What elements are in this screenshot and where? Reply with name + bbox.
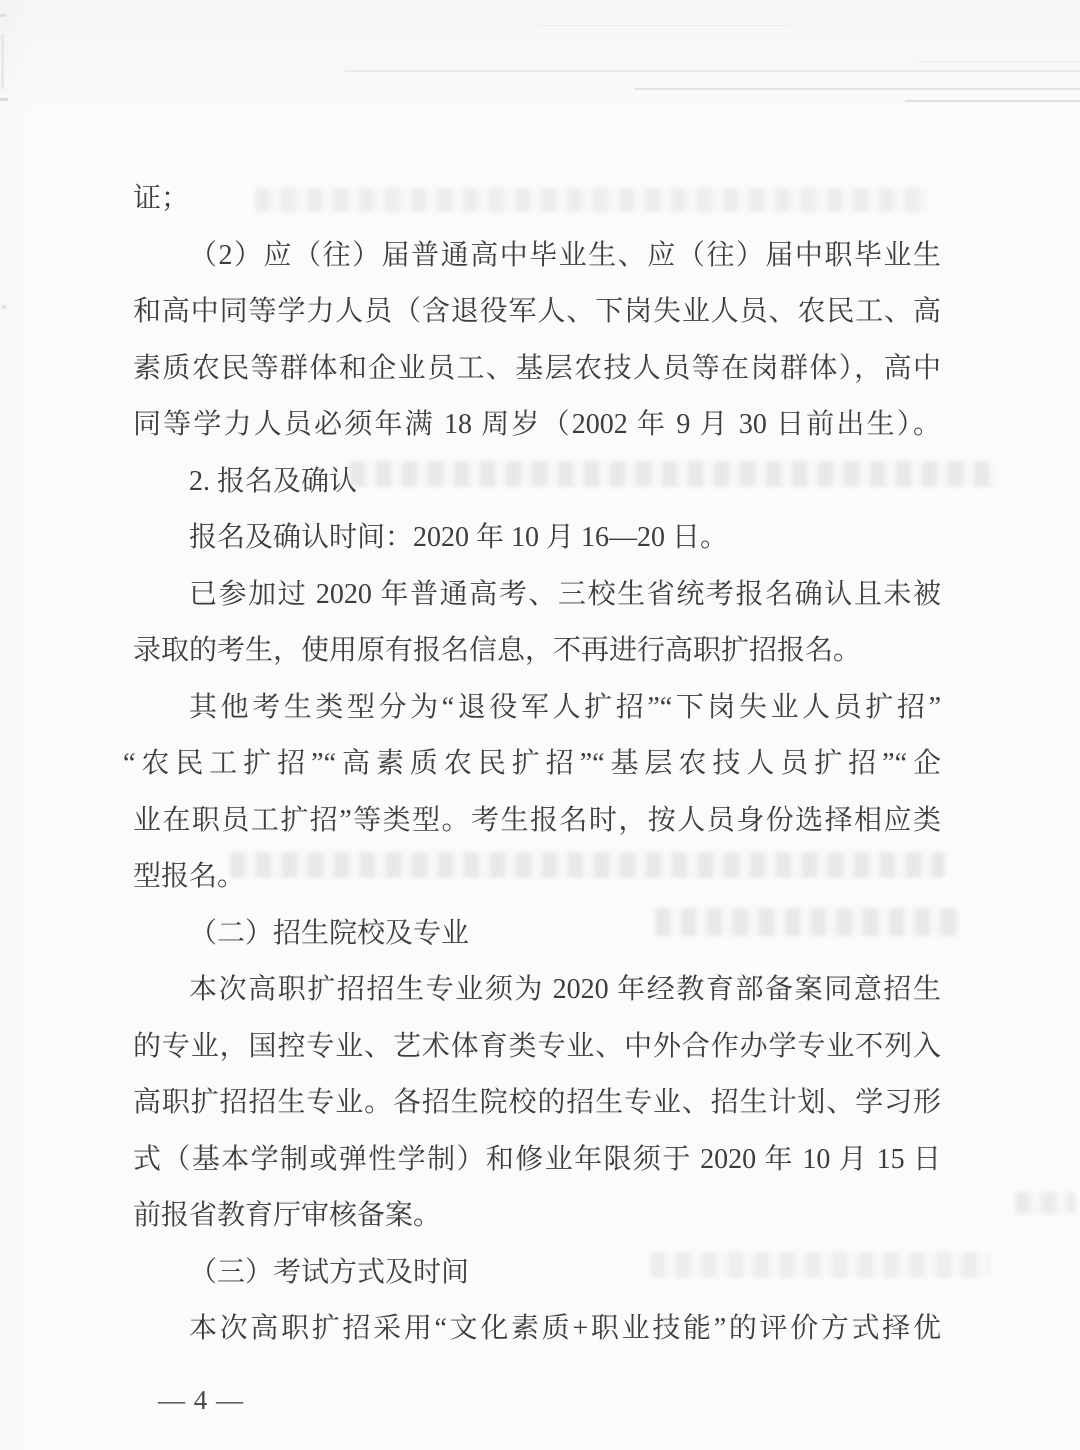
text-line-section-heading: （二）招生院校及专业 xyxy=(133,906,941,963)
page-number: — 4 — xyxy=(158,1372,244,1428)
scan-edge-mark xyxy=(0,14,6,17)
document-body: 证； （2）应（往）届普通高中毕业生、应（往）届中职毕业生 和高中同等学力人员（… xyxy=(133,171,941,1358)
scan-streak xyxy=(540,25,790,26)
text-line: （2）应（往）届普通高中毕业生、应（往）届中职毕业生 xyxy=(133,228,941,285)
text-line: 型报名。 xyxy=(133,849,941,906)
scan-streak xyxy=(635,88,1080,90)
text-line-section-heading: 2. 报名及确认 xyxy=(133,454,941,511)
scan-streak xyxy=(345,70,1080,72)
text-line: 本次高职扩招招生专业须为 2020 年经教育部备案同意招生 xyxy=(133,962,941,1019)
text-line: 其他考生类型分为“退役军人扩招”“下岗失业人员扩招” xyxy=(133,680,941,737)
text-line: 业在职员工扩招”等类型。考生报名时，按人员身份选择相应类 xyxy=(133,793,941,850)
text-line: “农民工扩招”“高素质农民扩招”“基层农技人员扩招”“企 xyxy=(123,736,941,793)
text-line: 前报省教育厅审核备案。 xyxy=(133,1188,941,1245)
text-line: 式（基本学制或弹性学制）和修业年限须于 2020 年 10 月 15 日 xyxy=(133,1132,941,1189)
text-line: 高职扩招招生专业。各招生院校的招生专业、招生计划、学习形 xyxy=(133,1075,941,1132)
scan-edge-mark xyxy=(2,305,6,309)
document-page: 证； （2）应（往）届普通高中毕业生、应（往）届中职毕业生 和高中同等学力人员（… xyxy=(0,0,1080,1450)
text-line: 素质农民等群体和企业员工、基层农技人员等在岗群体），高中 xyxy=(133,341,941,398)
scan-streak xyxy=(918,61,1080,62)
text-line-section-heading: （三）考试方式及时间 xyxy=(133,1245,941,1302)
scan-edge-mark xyxy=(0,98,8,101)
scan-edge-mark xyxy=(1,34,4,89)
text-line: 报名及确认时间：2020 年 10 月 16—20 日。 xyxy=(133,510,941,567)
text-line: 和高中同等学力人员（含退役军人、下岗失业人员、农民工、高 xyxy=(133,284,941,341)
text-line: 同等学力人员必须年满 18 周岁（2002 年 9 月 30 日前出生）。 xyxy=(133,397,941,454)
scan-streak xyxy=(905,100,1080,102)
text-line: 的专业，国控专业、艺术体育类专业、中外合作办学专业不列入 xyxy=(133,1019,941,1076)
text-line: 证； xyxy=(133,171,941,228)
text-line: 已参加过 2020 年普通高考、三校生省统考报名确认且未被 xyxy=(133,567,941,624)
bleed-through-ghost xyxy=(1015,1192,1075,1214)
text-line: 录取的考生，使用原有报名信息，不再进行高职扩招报名。 xyxy=(133,623,941,680)
text-line: 本次高职扩招采用“文化素质+职业技能”的评价方式择优 xyxy=(133,1301,941,1358)
